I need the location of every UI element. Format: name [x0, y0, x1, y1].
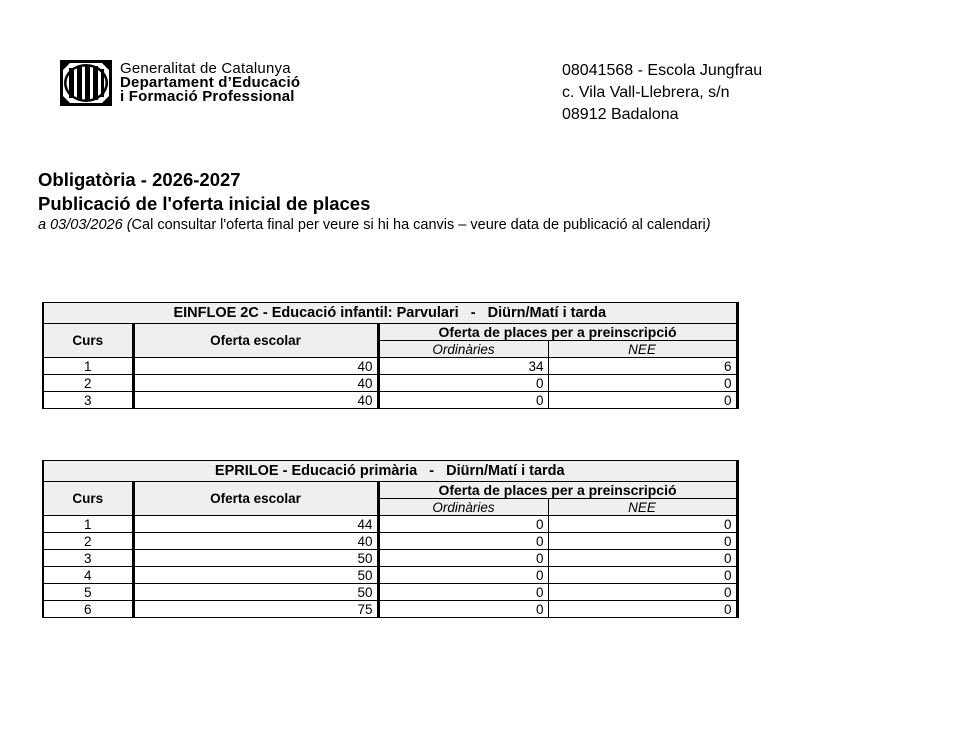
- school-info: 08041568 - Escola Jungfrau c. Vila Vall-…: [562, 60, 762, 126]
- table-title: EINFLOE 2C - Educació infantil: Parvular…: [43, 303, 737, 324]
- document-titles: Obligatòria - 2026-2027 Publicació de l'…: [38, 168, 711, 235]
- logo-department-cont: i Formació Professional: [120, 90, 300, 104]
- table-body: 144002400035000450005500067500: [43, 516, 737, 618]
- table-row: 34000: [43, 392, 737, 409]
- col-header-nee: NEE: [548, 499, 737, 516]
- table-row: 35000: [43, 550, 737, 567]
- col-header-curs: Curs: [43, 324, 133, 358]
- publication-date: a 03/03/2026 (: [38, 217, 132, 233]
- cell-nee: 0: [548, 601, 737, 618]
- cell-curs: 3: [43, 550, 133, 567]
- cell-oferta-escolar: 40: [133, 392, 378, 409]
- generalitat-emblem-icon: [60, 60, 112, 106]
- cell-ordinaries: 0: [378, 584, 548, 601]
- table-row: 140346: [43, 358, 737, 375]
- col-header-oferta-escolar: Oferta escolar: [133, 324, 378, 358]
- page-subtitle: Publicació de l'oferta inicial de places: [38, 192, 711, 215]
- cell-curs: 1: [43, 358, 133, 375]
- col-header-ordinaries: Ordinàries: [378, 499, 548, 516]
- publication-note-close: ): [706, 217, 711, 233]
- col-header-curs: Curs: [43, 482, 133, 516]
- table-title: EPRILOE - Educació primària - Diürn/Matí…: [43, 461, 737, 482]
- table-row: 55000: [43, 584, 737, 601]
- cell-curs: 1: [43, 516, 133, 533]
- cell-nee: 6: [548, 358, 737, 375]
- cell-ordinaries: 0: [378, 550, 548, 567]
- cell-curs: 3: [43, 392, 133, 409]
- cell-oferta-escolar: 44: [133, 516, 378, 533]
- cell-curs: 5: [43, 584, 133, 601]
- school-address: c. Vila Vall-Llebrera, s/n: [562, 82, 762, 104]
- cell-curs: 2: [43, 533, 133, 550]
- cell-ordinaries: 0: [378, 516, 548, 533]
- table-row: 14400: [43, 516, 737, 533]
- cell-oferta-escolar: 40: [133, 375, 378, 392]
- cell-nee: 0: [548, 375, 737, 392]
- table-row: 45000: [43, 567, 737, 584]
- cell-nee: 0: [548, 567, 737, 584]
- cell-ordinaries: 0: [378, 375, 548, 392]
- col-header-oferta-escolar: Oferta escolar: [133, 482, 378, 516]
- offer-table-primaria: EPRILOE - Educació primària - Diürn/Matí…: [42, 460, 739, 618]
- publication-note-text: Cal consultar l'oferta final per veure s…: [132, 217, 706, 233]
- cell-ordinaries: 0: [378, 533, 548, 550]
- col-header-ordinaries: Ordinàries: [378, 341, 548, 358]
- cell-oferta-escolar: 50: [133, 550, 378, 567]
- cell-ordinaries: 0: [378, 392, 548, 409]
- cell-curs: 6: [43, 601, 133, 618]
- offer-table-infantil: EINFLOE 2C - Educació infantil: Parvular…: [42, 302, 739, 409]
- publication-note: a 03/03/2026 (Cal consultar l'oferta fin…: [38, 215, 711, 235]
- table-body: 1403462400034000: [43, 358, 737, 409]
- cell-ordinaries: 0: [378, 601, 548, 618]
- cell-ordinaries: 0: [378, 567, 548, 584]
- cell-nee: 0: [548, 533, 737, 550]
- school-city: 08912 Badalona: [562, 104, 762, 126]
- cell-nee: 0: [548, 516, 737, 533]
- cell-oferta-escolar: 50: [133, 584, 378, 601]
- cell-nee: 0: [548, 392, 737, 409]
- table-row: 24000: [43, 375, 737, 392]
- page-title: Obligatòria - 2026-2027: [38, 168, 711, 192]
- table-row: 67500: [43, 601, 737, 618]
- cell-curs: 2: [43, 375, 133, 392]
- table-row: 24000: [43, 533, 737, 550]
- cell-ordinaries: 34: [378, 358, 548, 375]
- cell-nee: 0: [548, 550, 737, 567]
- col-header-nee: NEE: [548, 341, 737, 358]
- cell-nee: 0: [548, 584, 737, 601]
- cell-oferta-escolar: 50: [133, 567, 378, 584]
- department-logo: Generalitat de Catalunya Departament d’E…: [60, 60, 300, 106]
- col-header-preinscripcio: Oferta de places per a preinscripció: [378, 324, 737, 341]
- cell-oferta-escolar: 75: [133, 601, 378, 618]
- cell-oferta-escolar: 40: [133, 533, 378, 550]
- cell-curs: 4: [43, 567, 133, 584]
- school-code-name: 08041568 - Escola Jungfrau: [562, 60, 762, 82]
- col-header-preinscripcio: Oferta de places per a preinscripció: [378, 482, 737, 499]
- cell-oferta-escolar: 40: [133, 358, 378, 375]
